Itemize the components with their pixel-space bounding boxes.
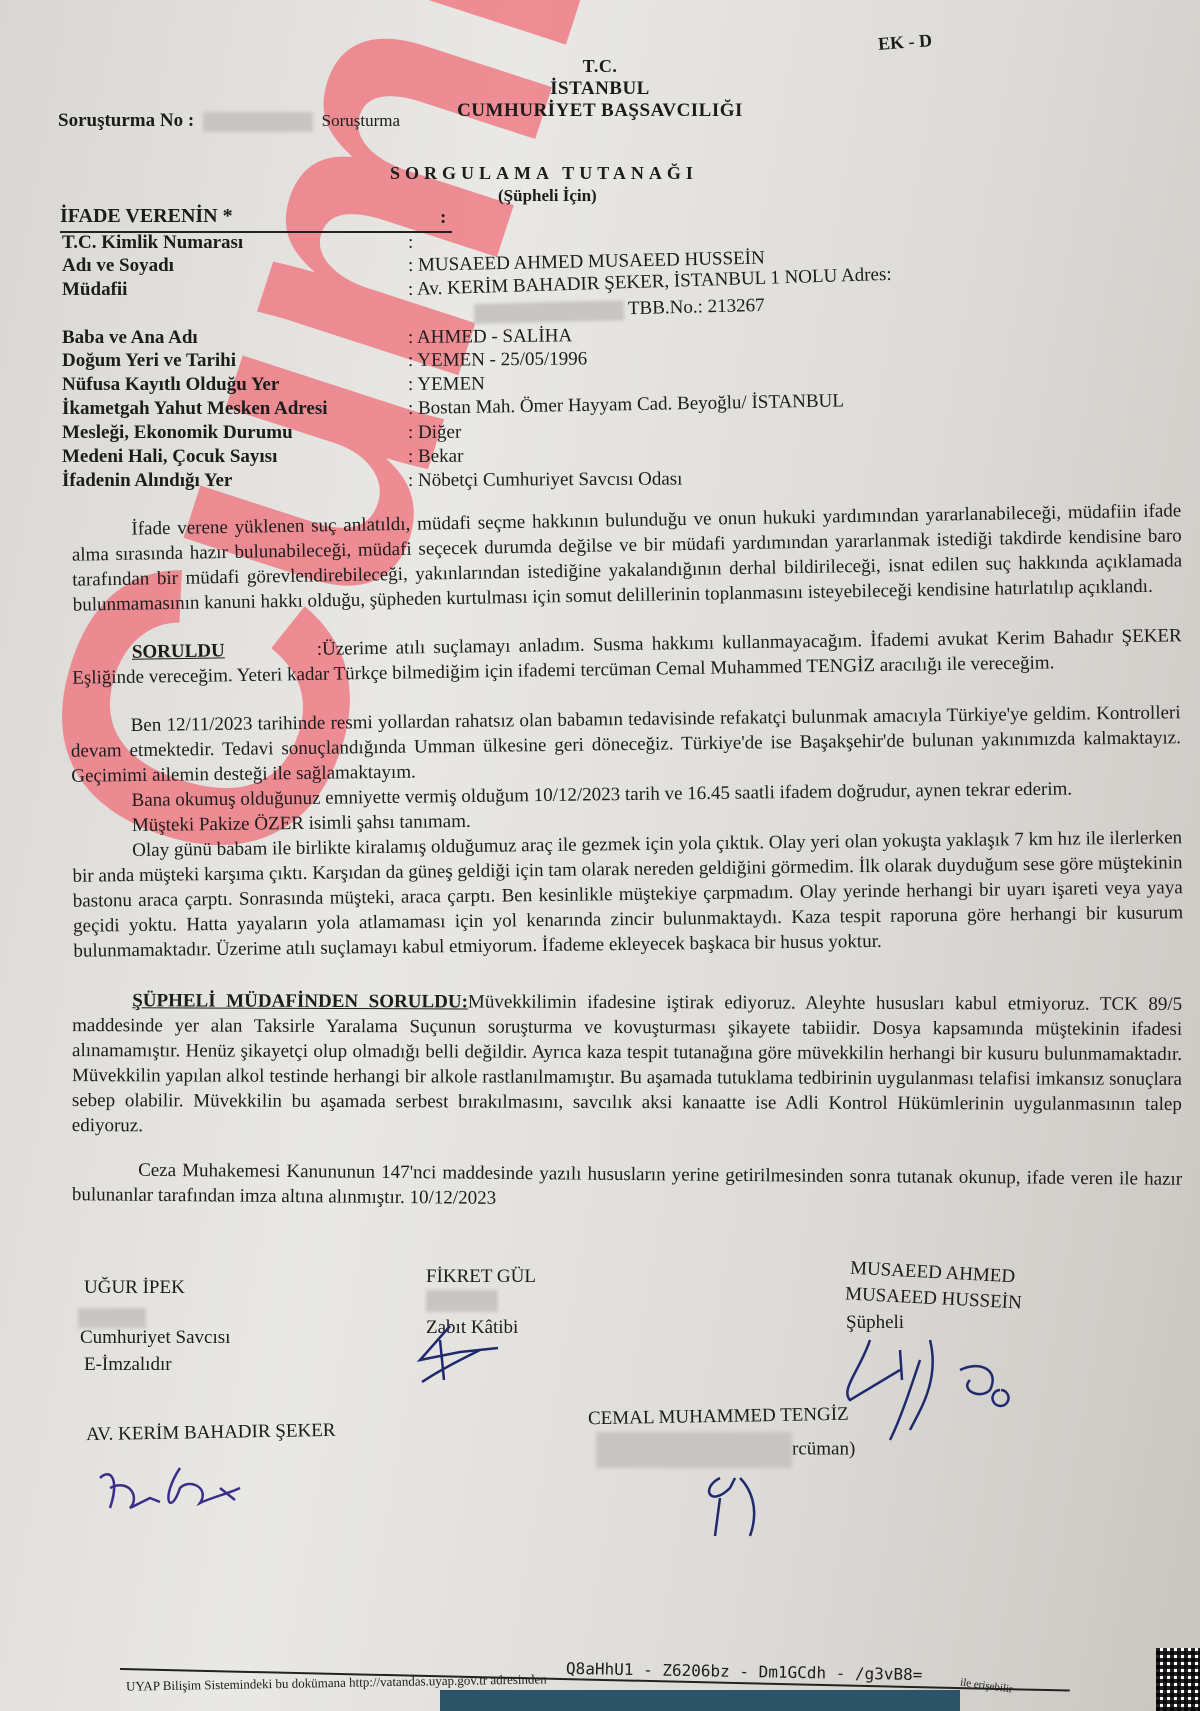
field-value: TBB.No.: 213267 <box>474 295 765 324</box>
document-page: Cumhuriyet EK - D T.C. İSTANBUL CUMHURİY… <box>0 0 1200 1711</box>
redacted-prosecutor-id <box>78 1308 146 1328</box>
field-value: : Nöbetçi Cumhuriyet Savcısı Odası <box>408 469 683 492</box>
statement-paragraph: Olay günü babam ile birlikte kiralamış o… <box>72 825 1183 964</box>
defense-text: Müvekkilimin ifadesine iştirak ediyoruz.… <box>72 991 1183 1136</box>
field-label: Medeni Hali, Çocuk Sayısı <box>62 446 277 468</box>
suspect-name-line1: MUSAEED AHMED <box>850 1258 1016 1289</box>
statement-paragraph: Ben 12/11/2023 tarihinde resmi yollardan… <box>71 700 1182 789</box>
redacted-investigation-number <box>203 112 313 132</box>
prosecutor-e-signed: E-İmzalıdır <box>84 1354 172 1376</box>
document-title: SORGULAMA TUTANAĞI <box>390 163 698 184</box>
section-heading: İFADE VERENİN * <box>60 205 233 228</box>
prosecutor-name: UĞUR İPEK <box>84 1277 185 1299</box>
statement-block: Ben 12/11/2023 tarihinde resmi yollardan… <box>71 700 1184 964</box>
header-office: CUMHURİYET BAŞSAVCILIĞI <box>400 100 800 122</box>
field-label: Adı ve Soyadı <box>62 255 174 277</box>
questioned-label: SORULDU <box>132 640 225 662</box>
annex-label: EK - D <box>877 30 932 55</box>
rights-paragraph: İfade verene yüklenen suç anlatıldı, müd… <box>71 498 1183 617</box>
document-subtitle: (Şüpheli İçin) <box>498 186 597 206</box>
header-city: İSTANBUL <box>450 78 750 100</box>
field-label: Baba ve Ana Adı <box>62 327 198 349</box>
defense-label: ŞÜPHELİ MÜDAFİNDEN SORULDU: <box>132 990 468 1012</box>
field-value: : YEMEN <box>408 373 485 396</box>
field-label: İfadenin Alındığı Yer <box>62 470 232 492</box>
section-colon: : <box>440 207 446 229</box>
clerk-name: FİKRET GÜL <box>426 1266 536 1288</box>
field-label: Mesleği, Ekonomik Durumu <box>62 422 293 444</box>
suspect-name-line2: MUSAEED HUSSEİN <box>845 1283 1023 1314</box>
translator-role: rcüman) <box>792 1438 855 1459</box>
field-label: Doğum Yeri ve Tarihi <box>62 350 236 372</box>
field-value: : <box>408 232 413 254</box>
field-value: : Diğer <box>408 422 461 444</box>
field-label: T.C. Kimlik Numarası <box>62 232 243 254</box>
field-label: Müdafii <box>62 279 127 301</box>
bar-number: TBB.No.: 213267 <box>628 295 765 319</box>
translator-signature <box>690 1458 790 1538</box>
investigation-number-row: Soruşturma No : Soruşturma <box>58 110 400 132</box>
translator-name: CEMAL MUHAMMED TENGİZ <box>588 1404 849 1431</box>
prosecutor-role: Cumhuriyet Savcısı <box>80 1327 230 1349</box>
redacted-lawyer-address <box>474 300 624 324</box>
field-label: İkametgah Yahut Mesken Adresi <box>62 398 328 420</box>
suspect-signature <box>830 1330 1030 1450</box>
field-value: : Bekar <box>408 446 464 468</box>
clerk-signature <box>400 1320 510 1390</box>
qr-code <box>1156 1648 1200 1711</box>
lawyer-signature <box>90 1458 270 1528</box>
redacted-clerk-id <box>426 1290 498 1312</box>
background-object <box>440 1690 960 1711</box>
field-value: : AHMED - SALİHA <box>408 325 572 349</box>
questioned-section: SORULDU:Üzerime atılı suçlamayı anladım.… <box>72 623 1183 690</box>
questioned-text: :Üzerime atılı suçlamayı anladım. Susma … <box>72 625 1182 688</box>
investigation-label: Soruşturma No : <box>58 110 194 131</box>
defense-section: ŞÜPHELİ MÜDAFİNDEN SORULDU:Müvekkilimin … <box>72 988 1183 1142</box>
field-value: : YEMEN - 25/05/1996 <box>408 348 587 372</box>
closing-paragraph: Ceza Muhakemesi Kanununun 147'nci maddes… <box>72 1157 1182 1217</box>
header-tc: T.C. <box>450 56 750 77</box>
lawyer-name: AV. KERİM BAHADIR ŞEKER <box>86 1420 336 1446</box>
footer-suffix: ile erişebilir <box>959 1676 1013 1695</box>
field-label: Nüfusa Kayıtlı Olduğu Yer <box>62 374 279 396</box>
investigation-suffix: Soruşturma <box>322 111 400 130</box>
